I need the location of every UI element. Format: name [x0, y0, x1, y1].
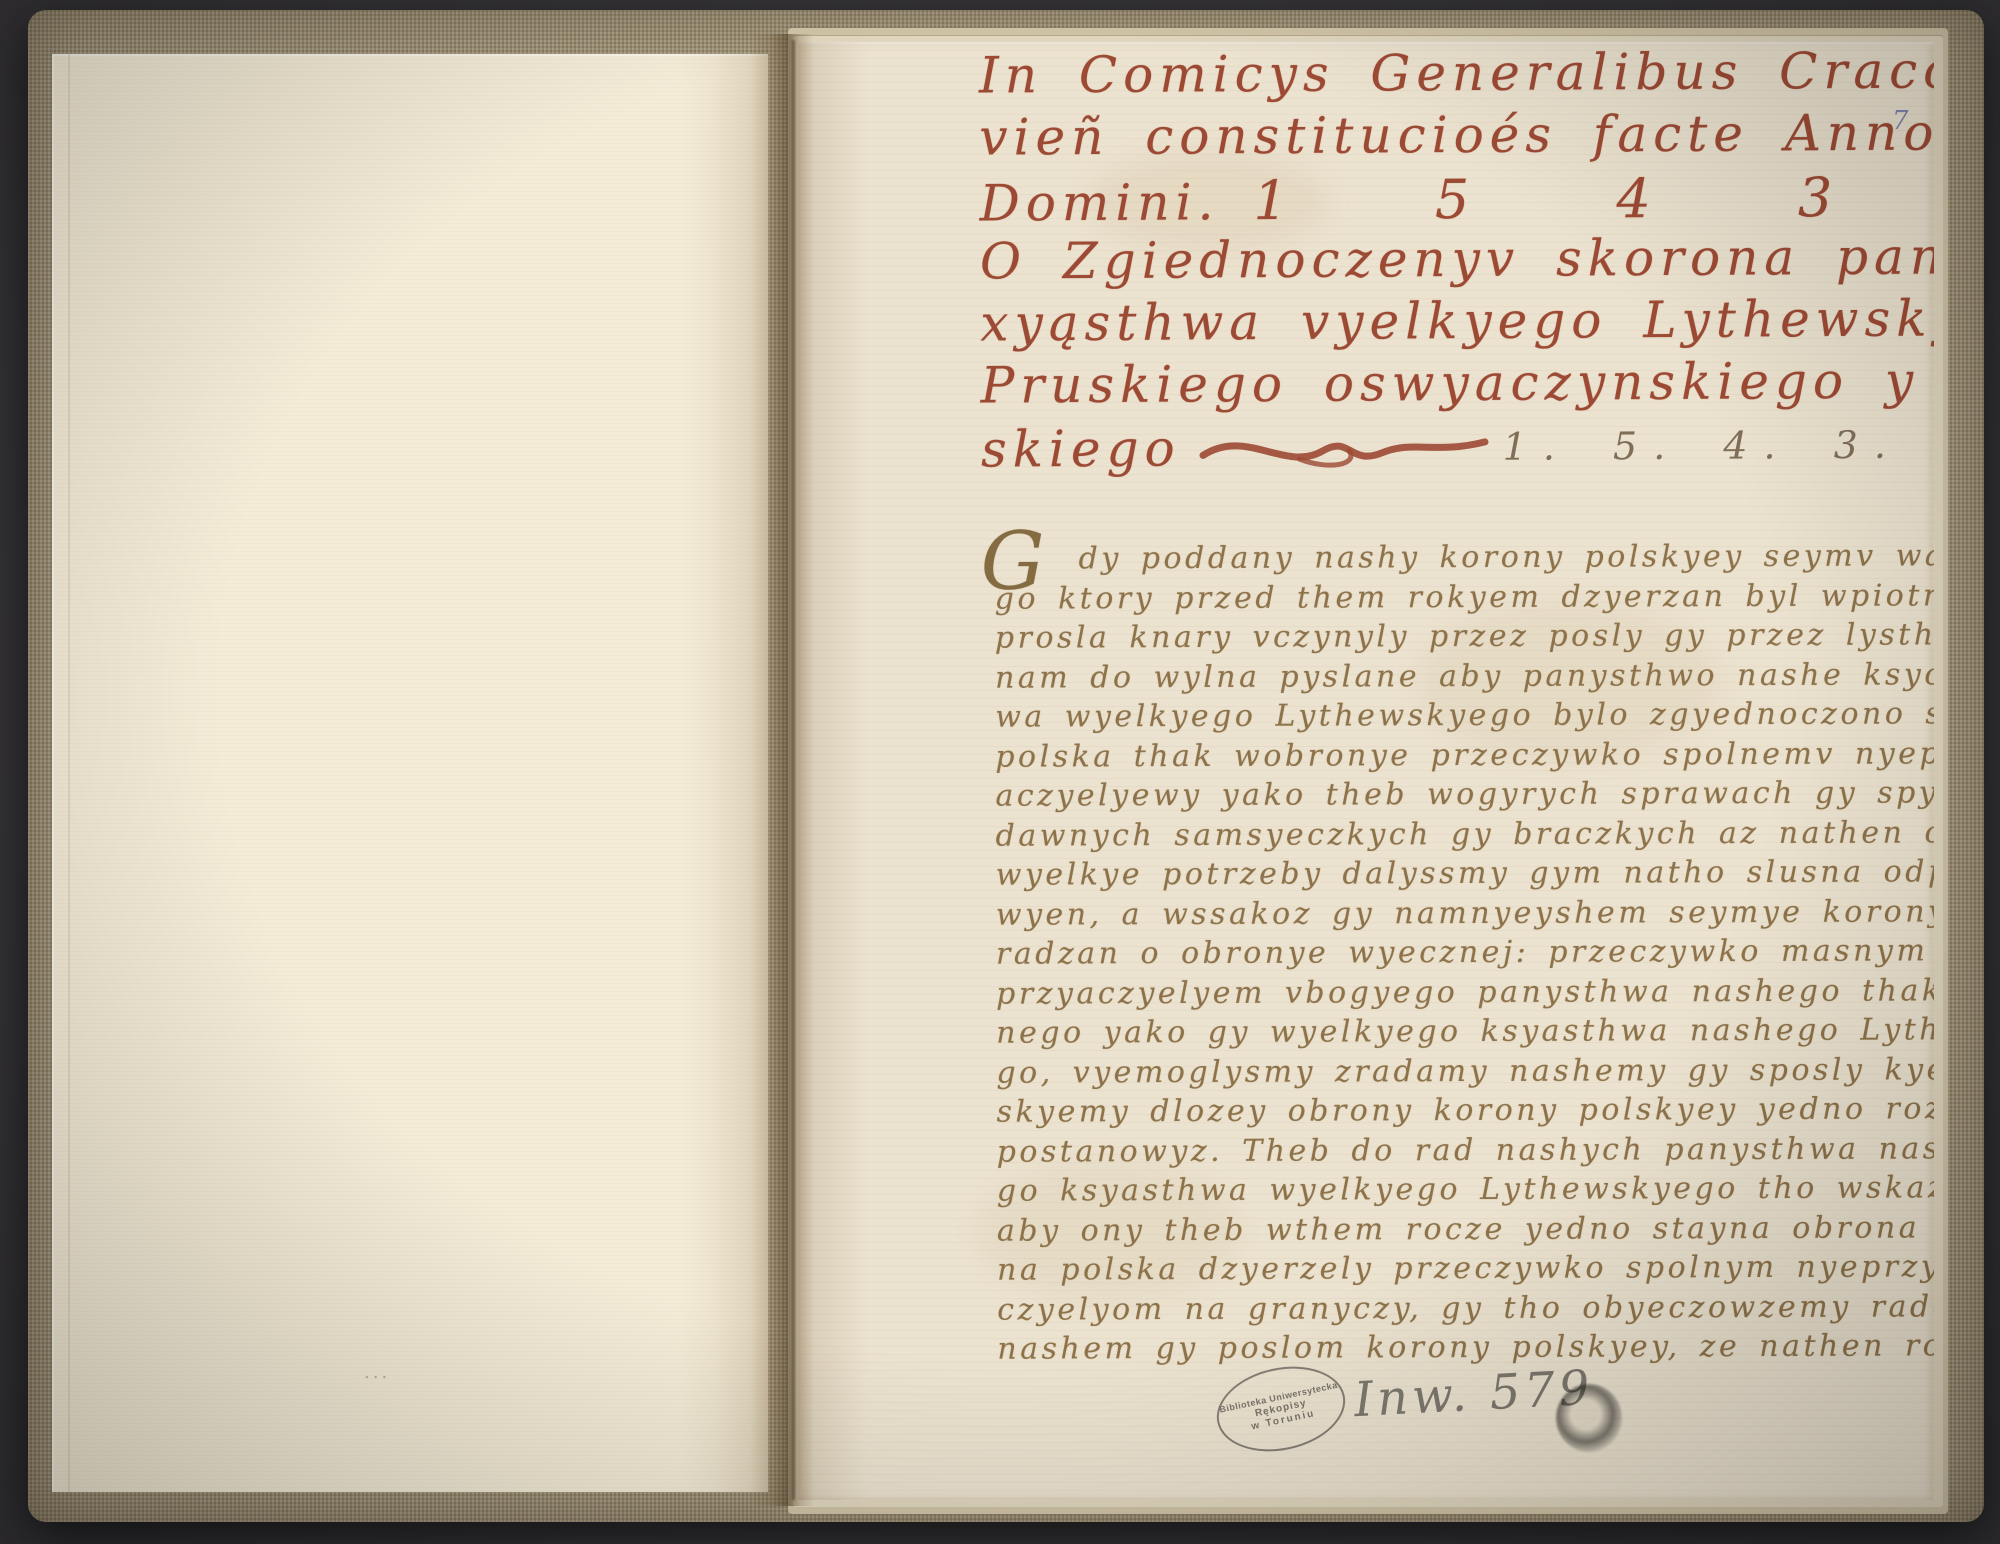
- script-line: postanowyz. Theb do rad nashych panysthw…: [997, 1129, 1934, 1172]
- pen-flourish-icon: [1198, 420, 1488, 476]
- script-line: go, vyemoglysmy zradamy nashemy gy sposl…: [996, 1050, 1934, 1093]
- heading-line: O Zgiednoczenyv skorona panysthz: [980, 227, 1934, 294]
- script-line: aby ony theb wthem rocze yedno stayna ob…: [997, 1208, 1934, 1251]
- script-line: nam do wylna pyslane aby panysthwo nashe…: [995, 655, 1934, 698]
- script-line: dawnych samsyeczkych gy braczkych az nat…: [996, 813, 1934, 856]
- initial-capital: G: [980, 521, 1048, 601]
- script-line: nashem gy poslom korony polskyey, ze nat…: [997, 1326, 1934, 1369]
- year-digits-dotted: 1. 5. 4. 3.: [1503, 423, 1902, 469]
- body-script: Gdy poddany nashy korony polskyey seymv …: [995, 536, 1934, 1369]
- script-line: radzan o obronye wyecznej: przeczywko ma…: [996, 931, 1934, 974]
- script-line: go ktory przed them rokyem dzyerzan byl …: [995, 576, 1934, 619]
- heading-word: Domini.: [980, 173, 1220, 232]
- script-line: prosla knary vczynyly przez posly gy prz…: [995, 615, 1934, 658]
- ink-smudge: [1556, 1384, 1622, 1452]
- script-line: wyelkye potrzeby dalyssmy gym natho slus…: [996, 852, 1934, 895]
- script-line: go ksyasthwa wyelkyego Lythewskyego tho …: [997, 1168, 1934, 1211]
- script-line: skyemy dlozey obrony korony polskyey yed…: [996, 1089, 1934, 1132]
- heading-word: skiego: [981, 419, 1181, 478]
- heading-line-year: Domini.1 5 4 3: [980, 165, 1934, 232]
- manuscript-page: 7 In Comicys Generalibus Craco vieñ cons…: [798, 42, 1934, 1500]
- left-blank-endpaper: ...: [52, 54, 768, 1492]
- gutter-seam-line: [792, 40, 795, 1500]
- library-stamp: Biblioteka Uniwersytecka Rękopisy w Toru…: [1209, 1355, 1353, 1462]
- script-line: polska thak wobronye przeczywko spolnemv…: [995, 734, 1934, 777]
- heading-line: xyąsthwa vyelkyego Lythewskyego: [980, 289, 1934, 356]
- stamp-oval-border: Biblioteka Uniwersytecka Rękopisy w Toru…: [1209, 1355, 1353, 1462]
- script-line: przyaczyelyem vbogyego panysthwa nashego…: [996, 971, 1934, 1014]
- manuscript-scan: ... 7 In Comicys Generalibus Craco vieñ …: [0, 0, 2000, 1544]
- script-line: aczyelyewy yako theb wogyrych sprawach g…: [995, 773, 1934, 816]
- heading-line-flourish: skiego 1. 5. 4. 3.: [981, 413, 1934, 480]
- script-line: czyelyom na granyczy, gy tho obyeczowzem…: [997, 1287, 1934, 1330]
- rubric-heading: In Comicys Generalibus Craco vieñ consti…: [979, 42, 1934, 481]
- heading-line: vieñ constitucioés facte Anno: [979, 103, 1934, 170]
- script-line: wa wyelkyego Lythewskyego bylo zgyednocz…: [995, 694, 1934, 737]
- script-line: Gdy poddany nashy korony polskyey seymv …: [995, 536, 1934, 579]
- pencil-dots-mark: ...: [364, 1362, 390, 1383]
- script-line: na polska dzyerzely przeczywko spolnym n…: [997, 1247, 1934, 1290]
- year-digits: 1 5 4 3: [1253, 166, 1890, 232]
- heading-line: Pruskiego oswyaczynskiego y Zator: [980, 351, 1934, 418]
- heading-line: In Comicys Generalibus Craco: [979, 42, 1934, 109]
- book-gutter: [750, 34, 814, 1506]
- script-line: wyen, a wssakoz gy namnyeyshem seymye ko…: [996, 892, 1934, 935]
- script-line: nego yako gy wyelkyego ksyasthwa nashego…: [996, 1010, 1934, 1053]
